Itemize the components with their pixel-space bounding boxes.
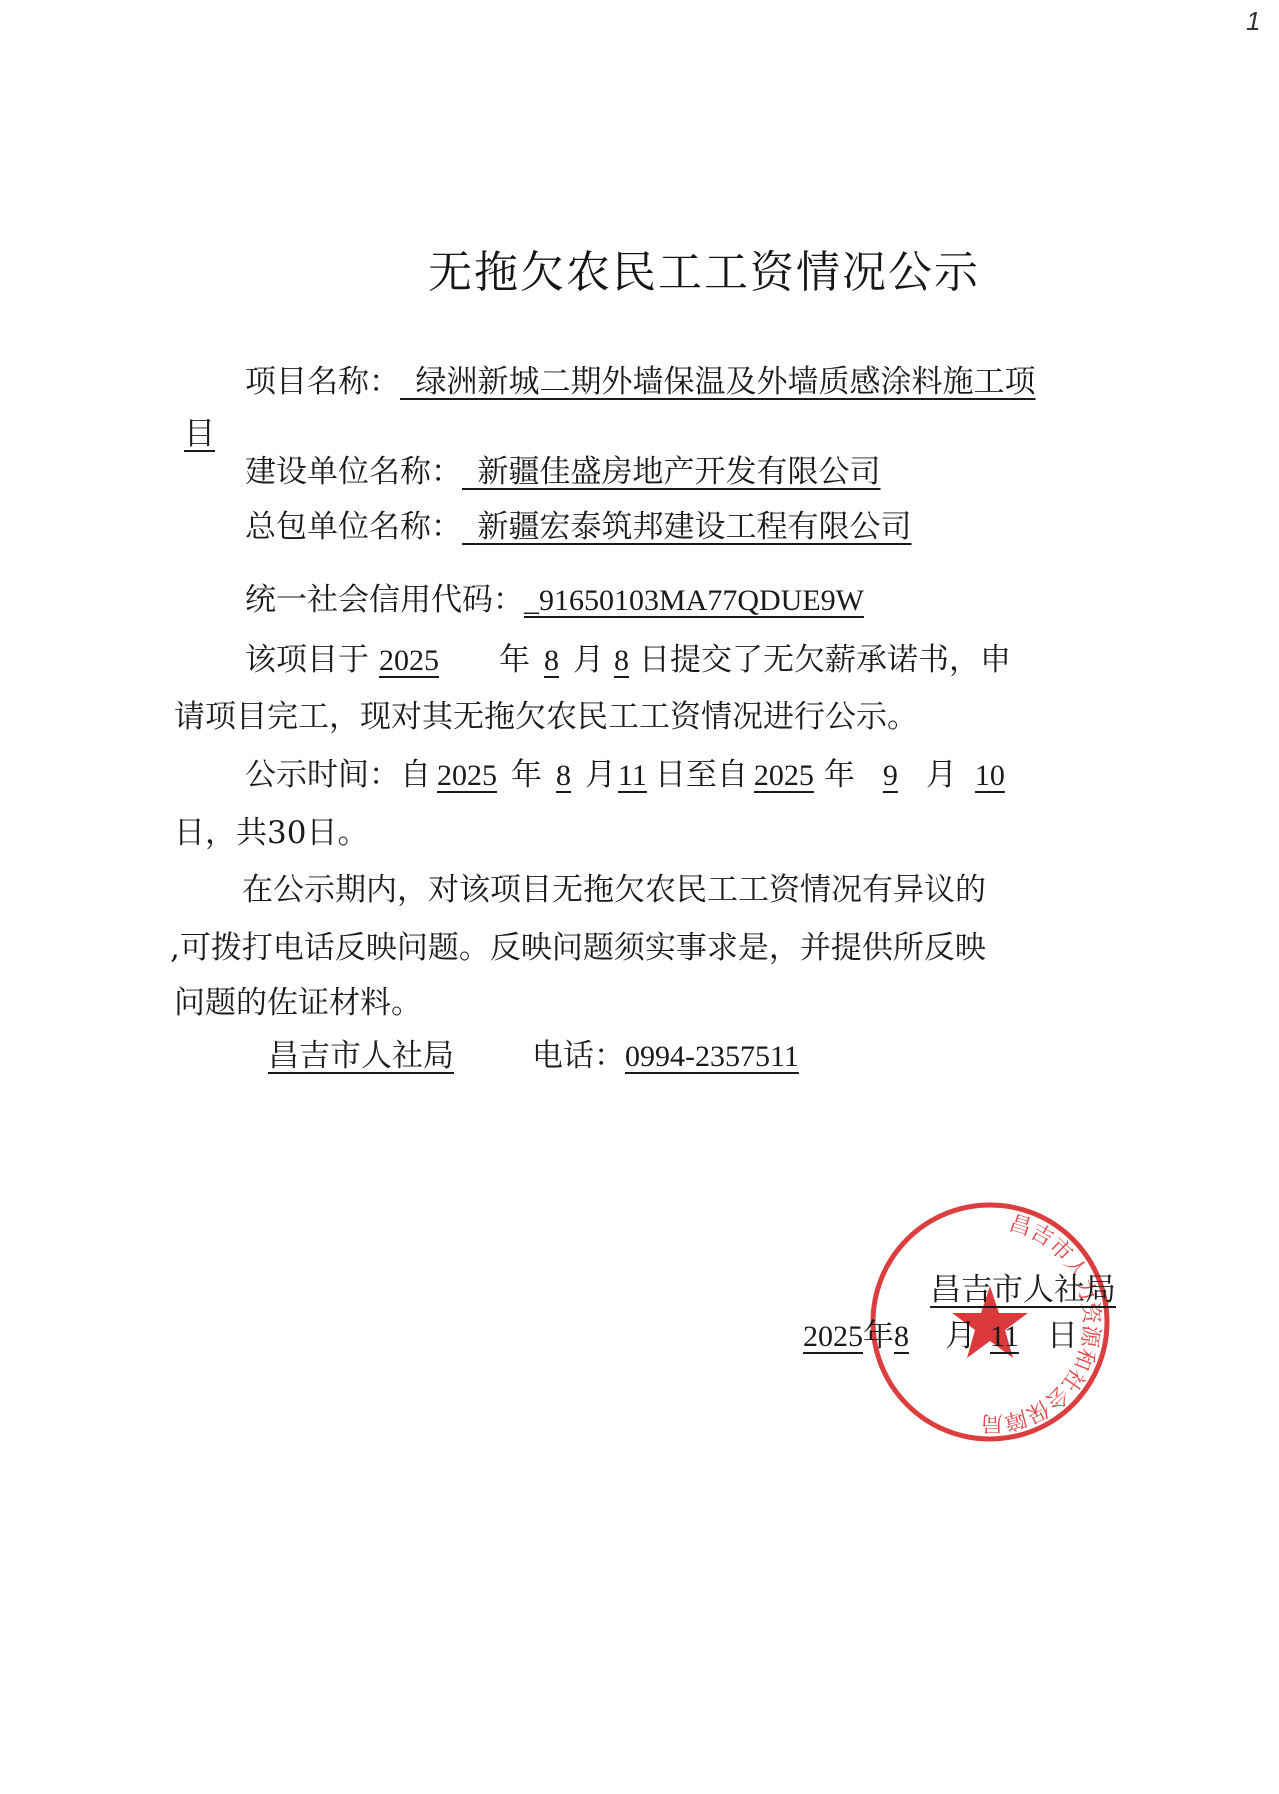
credit-code-label: 统一社会信用代码： (245, 582, 524, 618)
contact-office: 昌吉市人社局 (268, 1038, 454, 1074)
period-end-day: 10 (957, 759, 1005, 792)
period-line2: 日，共30日。 (174, 813, 368, 853)
period-start-year: 2025 (431, 759, 511, 792)
commitment-month-unit: 月 (573, 642, 604, 678)
period-start-year-unit: 年 (511, 757, 542, 793)
period-mid: 日至自 (655, 757, 748, 793)
objection-line2: ,可拨打电话反映问题。反映问题须实事求是，并提供所反映 (170, 928, 986, 968)
period-end-month: 9 (855, 759, 926, 792)
credit-code-value: _91650103MA77QDUE9W (524, 584, 864, 617)
general-contractor-label: 总包单位名称： (245, 509, 462, 545)
period-start-month-unit: 月 (585, 757, 616, 793)
commitment-row: 该项目于2025年8月8日提交了无欠薪承诺书，申 (245, 640, 1011, 681)
contact-phone[interactable]: 0994-2357511 (625, 1040, 799, 1073)
commitment-suffix: 日提交了无欠薪承诺书，申 (639, 642, 1011, 678)
project-name-label: 项目名称： (245, 364, 400, 400)
document-title: 无拖欠农民工工资情况公示 (428, 236, 980, 300)
construction-unit-label: 建设单位名称： (245, 454, 462, 490)
contact-phone-label: 电话： (532, 1038, 625, 1074)
publicity-period-row: 公示时间：自2025年8月11日至自2025年9月10 (245, 755, 1005, 796)
period-end-year: 2025 (748, 759, 824, 792)
commitment-day: 8 (604, 644, 639, 677)
page-number-mark: 1 (1246, 6, 1260, 37)
commitment-month: 8 (530, 644, 573, 677)
construction-unit-value: _新疆佳盛房地产开发有限公司 (462, 454, 881, 490)
project-name-value-wrap: 目 (184, 414, 215, 454)
period-prefix: 公示时间：自 (245, 757, 431, 793)
project-name-row: 项目名称：_绿洲新城二期外墙保温及外墙质感涂料施工项 (245, 362, 1036, 402)
period-start-month: 8 (542, 759, 585, 792)
commitment-year-unit: 年 (499, 642, 530, 678)
commitment-prefix: 该项目于 (245, 642, 369, 678)
signature-day-unit: 日 (1047, 1318, 1078, 1354)
period-start-day: 11 (616, 759, 655, 792)
objection-line3: 问题的佐证材料。 (174, 983, 422, 1023)
period-end-year-unit: 年 (824, 757, 855, 793)
commitment-year: 2025 (369, 644, 499, 677)
general-contractor-value: _新疆宏泰筑邦建设工程有限公司 (462, 509, 912, 545)
period-end-month-unit: 月 (926, 757, 957, 793)
signature-day: 11 (976, 1320, 1047, 1353)
general-contractor-row: 总包单位名称：_新疆宏泰筑邦建设工程有限公司 (245, 507, 912, 547)
contact-row: 昌吉市人社局电话：0994-2357511 (268, 1036, 799, 1077)
signature-month: 8 (894, 1320, 945, 1353)
construction-unit-row: 建设单位名称：_新疆佳盛房地产开发有限公司 (245, 452, 881, 492)
signature-year: 2025 (803, 1320, 863, 1353)
project-name-value: _绿洲新城二期外墙保温及外墙质感涂料施工项 (400, 364, 1036, 400)
signature-month-unit: 月 (945, 1318, 976, 1354)
credit-code-row: 统一社会信用代码：_91650103MA77QDUE9W (245, 580, 864, 621)
commitment-line2: 请项目完工，现对其无拖欠农民工工资情况进行公示。 (174, 697, 918, 737)
signature-date-row: 2025年8月11日 (803, 1316, 1078, 1357)
signature-year-unit: 年 (863, 1318, 894, 1354)
objection-line1: 在公示期内，对该项目无拖欠农民工工资情况有异议的 (242, 870, 986, 910)
signature-issuer: 昌吉市人社局 (930, 1264, 1116, 1309)
